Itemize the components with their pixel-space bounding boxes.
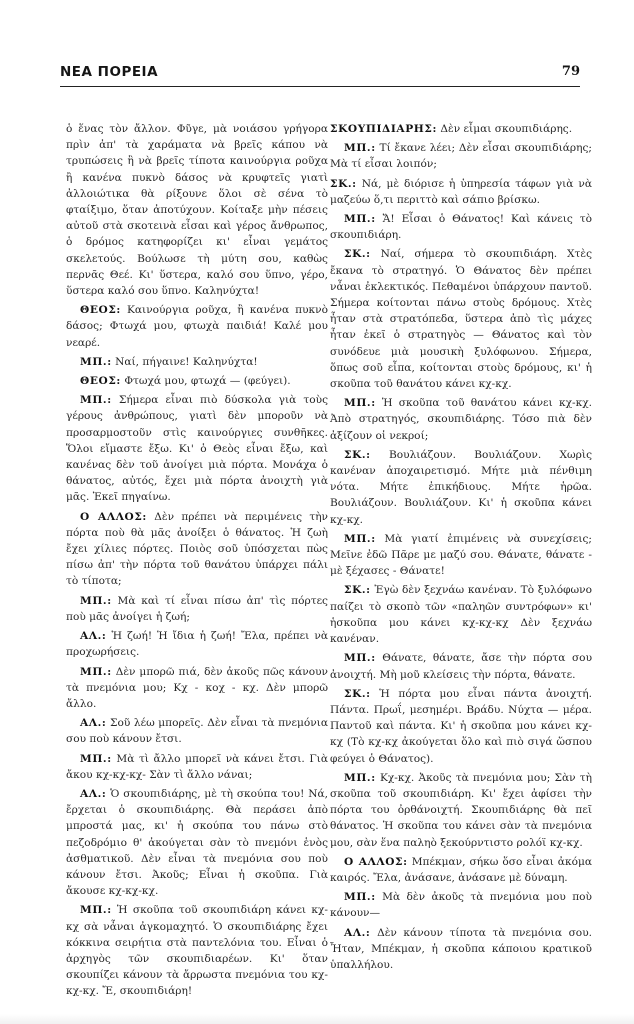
speaker-name: ΜΠ.: bbox=[80, 595, 112, 607]
dialogue-paragraph: ΜΠ.: Σήμερα εἶναι πιὸ δύσκολα γιὰ τοὺς γ… bbox=[66, 392, 328, 505]
dialogue-paragraph: ΜΠ.: Κχ-κχ. Ἀκοῦς τὰ πνεμόνια μου; Σὰν τ… bbox=[330, 770, 592, 851]
dialogue-paragraph: ΜΠ.: Μὰ δὲν ἀκοῦς τὰ πνεμόνια μου ποὺ κά… bbox=[330, 889, 592, 921]
speaker-name: ΜΠ.: bbox=[344, 213, 376, 225]
dialogue-paragraph: ΘΕΟΣ: Καινούργια ροῦχα, ἢ κανένα πυκνὸ δ… bbox=[66, 302, 328, 351]
dialogue-paragraph: ΑΛ.: Σοῦ λέω μπορεῖς. Δὲν εἶναι τὰ πνεμό… bbox=[66, 715, 328, 747]
dialogue-paragraph: ΑΛ.: Ἡ ζωή! Ἡ ἴδια ἡ ζωή! Ἔλα, πρέπει νὰ… bbox=[66, 628, 328, 660]
page-bottom-edge bbox=[0, 1014, 634, 1024]
dialogue-paragraph: ΘΕΟΣ: Φτωχά μου, φτωχά — (φεύγει). bbox=[66, 373, 328, 389]
running-head: ΝΕΑ ΠΟΡΕΙΑ 79 bbox=[60, 62, 580, 87]
dialogue-text: Ναί, πήγαινε! Καληνύχτα! bbox=[115, 356, 258, 368]
dialogue-paragraph: ΜΠ.: Μὰ τὶ ἄλλο μπορεῖ νὰ κάνει ἔτσι. Γι… bbox=[66, 751, 328, 783]
speaker-name: ΜΠ.: bbox=[80, 753, 112, 765]
dialogue-paragraph: ΣΚ.: Ἐγὼ δὲν ξεχνάω κανέναν. Τὸ ξυλόφωνο… bbox=[330, 582, 592, 647]
speaker-name: ΜΠ.: bbox=[80, 666, 112, 678]
magazine-page: ΝΕΑ ΠΟΡΕΙΑ 79 ὁ ἕνας τὸν ἄλλον. Φῦγε, μὰ… bbox=[0, 0, 634, 1024]
dialogue-paragraph: ΑΛ.: Ὁ σκουπιδιάρης, μὲ τὴ σκούπα του! Ν… bbox=[66, 786, 328, 899]
dialogue-paragraph: ΜΠ.: Μὰ καὶ τί εἶναι πίσω ἀπ' τὶς πόρτες… bbox=[66, 593, 328, 625]
dialogue-text: Ἡ ζωή! Ἡ ἴδια ἡ ζωή! Ἔλα, πρέπει νὰ προχ… bbox=[66, 630, 328, 658]
speaker-name: Ο ΑΛΛΟΣ: bbox=[80, 511, 147, 523]
speaker-name: ΜΠ.: bbox=[80, 394, 112, 406]
dialogue-text: Φτωχά μου, φτωχά — (φεύγει). bbox=[124, 375, 290, 387]
dialogue-text: Ἡ σκοῦπα τοῦ σκουπιδιάρη κάνει κχ-κχ σὰ … bbox=[66, 904, 328, 997]
dialogue-paragraph: ΜΠ.: Θάνατε, θάνατε, ἄσε τὴν πόρτα σου ἀ… bbox=[330, 650, 592, 682]
speaker-name: ΜΠ.: bbox=[344, 397, 376, 409]
dialogue-paragraph: ΜΠ.: Ἄ! Εἶσαι ὁ Θάνατος! Καὶ κάνεις τὸ σ… bbox=[330, 211, 592, 243]
speaker-name: ΜΠ.: bbox=[344, 891, 376, 903]
dialogue-text: Σήμερα εἶναι πιὸ δύσκολα γιὰ τοὺς γέρους… bbox=[66, 394, 328, 503]
text-column-left: ὁ ἕνας τὸν ἄλλον. Φῦγε, μὰ νοιάσου γρήγο… bbox=[66, 121, 328, 1000]
speaker-name: ΜΠ.: bbox=[344, 772, 376, 784]
speaker-name: ΑΛ.: bbox=[344, 927, 370, 939]
dialogue-paragraph: ΣΚΟΥΠΙΔΙΑΡΗΣ: Δὲν εἶμαι σκουπιδιάρης. bbox=[330, 121, 592, 137]
speaker-name: ΜΠ.: bbox=[344, 533, 376, 545]
dialogue-paragraph: ΜΠ.: Τί ἔκανε λέει; Δὲν εἶσαι σκουπιδιάρ… bbox=[330, 140, 592, 172]
speaker-name: ΘΕΟΣ: bbox=[80, 304, 121, 316]
speaker-name: ΜΠ.: bbox=[344, 142, 376, 154]
speaker-name: ΜΠ.: bbox=[344, 652, 376, 664]
dialogue-paragraph: ὁ ἕνας τὸν ἄλλον. Φῦγε, μὰ νοιάσου γρήγο… bbox=[66, 121, 328, 299]
dialogue-paragraph: ΜΠ.: Ναί, πήγαινε! Καληνύχτα! bbox=[66, 354, 328, 370]
dialogue-text: Δὲν κάνουν τίποτα τὰ πνεμόνια σου. Ἦταν,… bbox=[330, 927, 592, 971]
dialogue-text: Νά, μὲ διόρισε ἡ ὑπηρεσία τάφων γιὰ νὰ μ… bbox=[330, 178, 592, 206]
speaker-name: ΘΕΟΣ: bbox=[80, 375, 121, 387]
journal-title: ΝΕΑ ΠΟΡΕΙΑ bbox=[60, 64, 158, 80]
dialogue-paragraph: ΜΠ.: Ἡ σκοῦπα τοῦ θανάτου κάνει κχ-κχ. Ἀ… bbox=[330, 395, 592, 444]
speaker-name: ΣΚ.: bbox=[344, 248, 371, 260]
dialogue-paragraph: ΜΠ.: Ἡ σκοῦπα τοῦ σκουπιδιάρη κάνει κχ-κ… bbox=[66, 902, 328, 999]
speaker-name: ΑΛ.: bbox=[80, 630, 106, 642]
speaker-name: ΣΚ.: bbox=[330, 178, 357, 190]
dialogue-paragraph: ΣΚ.: Βουλιάζουν. Βουλιάζουν. Χωρὶς κανέν… bbox=[330, 447, 592, 528]
speaker-name: ΑΛ.: bbox=[80, 717, 106, 729]
page-number: 79 bbox=[562, 64, 580, 79]
dialogue-paragraph: Ο ΑΛΛΟΣ: Μπέκμαν, σήκω ὅσο εἶναι ἀκόμα κ… bbox=[330, 854, 592, 886]
dialogue-text: Ναί, σήμερα τὸ σκουπιδιάρη. Χτὲς ἔκανα τ… bbox=[330, 248, 592, 390]
dialogue-paragraph: Ο ΑΛΛΟΣ: Δὲν πρέπει νὰ περιμένεις τὴν πό… bbox=[66, 509, 328, 590]
speaker-name: ΣΚ.: bbox=[344, 449, 371, 461]
dialogue-paragraph: ΑΛ.: Δὲν κάνουν τίποτα τὰ πνεμόνια σου. … bbox=[330, 925, 592, 974]
speaker-name: ΜΠ.: bbox=[80, 356, 112, 368]
speaker-name: ΣΚ.: bbox=[344, 584, 371, 596]
text-column-right: ΣΚΟΥΠΙΔΙΑΡΗΣ: Δὲν εἶμαι σκουπιδιάρης.ΜΠ.… bbox=[330, 121, 592, 973]
dialogue-paragraph: ΜΠ.: Μὰ γιατί ἐπιμένεις νὰ συνεχίσεις; Μ… bbox=[330, 531, 592, 580]
dialogue-paragraph: ΜΠ.: Δὲν μπορῶ πιά, δὲν ἀκοῦς πῶς κάνουν… bbox=[66, 664, 328, 713]
speaker-name: ΜΠ.: bbox=[80, 904, 112, 916]
speaker-name: ΣΚΟΥΠΙΔΙΑΡΗΣ: bbox=[330, 123, 437, 135]
speaker-name: ΑΛ.: bbox=[80, 788, 106, 800]
dialogue-text: Δὲν εἶμαι σκουπιδιάρης. bbox=[440, 123, 572, 135]
dialogue-paragraph: ΣΚ.: Ναί, σήμερα τὸ σκουπιδιάρη. Χτὲς ἔκ… bbox=[330, 246, 592, 392]
dialogue-text: Σοῦ λέω μπορεῖς. Δὲν εἶναι τὰ πνεμόνια σ… bbox=[66, 717, 328, 745]
speaker-name: Ο ΑΛΛΟΣ: bbox=[344, 856, 408, 868]
dialogue-text: Ὁ σκουπιδιάρης, μὲ τὴ σκούπα του! Νά, ἔρ… bbox=[66, 788, 328, 897]
dialogue-text: ὁ ἕνας τὸν ἄλλον. Φῦγε, μὰ νοιάσου γρήγο… bbox=[66, 123, 328, 297]
speaker-name: ΣΚ.: bbox=[344, 688, 371, 700]
dialogue-paragraph: ΣΚ.: Νά, μὲ διόρισε ἡ ὑπηρεσία τάφων γιὰ… bbox=[330, 176, 592, 208]
dialogue-paragraph: ΣΚ.: Ἡ πόρτα μου εἶναι πάντα ἀνοιχτή. Πά… bbox=[330, 686, 592, 767]
